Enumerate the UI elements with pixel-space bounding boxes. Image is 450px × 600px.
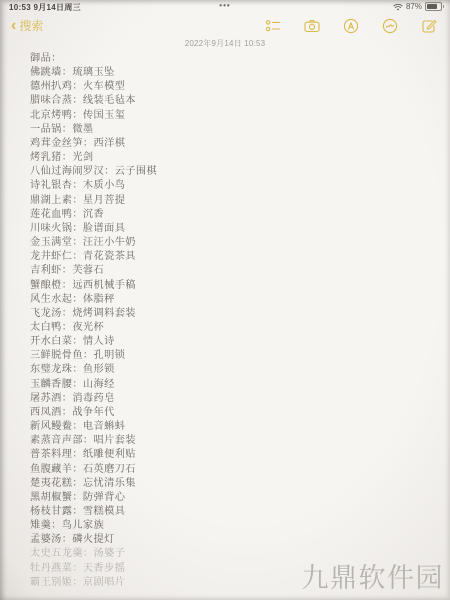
note-line: 鸡茸金丝笋：西洋棋 [30, 137, 430, 151]
note-line: 御品： [30, 52, 430, 66]
note-line: 诗礼银杏：木质小鸟 [30, 179, 430, 193]
battery-percent: 87% [406, 2, 422, 11]
checklist-icon[interactable] [265, 18, 281, 34]
multitask-dots-icon: ••• [0, 1, 450, 10]
note-line: 太白鸭：夜光杯 [30, 321, 430, 335]
note-line: 杨枝甘露：雪糕模具 [30, 505, 430, 519]
note-line: 金玉满堂：汪汪小牛奶 [30, 236, 430, 250]
note-line: 腊味合蒸：线装毛毡本 [30, 94, 430, 108]
note-timestamp: 2022年9月14日 10:53 [0, 38, 450, 49]
compose-icon[interactable] [421, 18, 437, 34]
toolbar-icons [265, 18, 437, 34]
note-line: 德州扒鸡：火车模型 [30, 80, 430, 94]
back-button-label: 搜索 [19, 17, 43, 34]
chevron-left-icon: ‹ [11, 21, 16, 31]
note-line: 素蒸音声部：唱片套装 [30, 434, 430, 448]
note-line: 北京烤鸭：传国玉玺 [30, 109, 430, 123]
note-content[interactable]: 御品：佛跳墙：琉璃玉坠德州扒鸡：火车模型腊味合蒸：线装毛毡本北京烤鸭：传国玉玺一… [30, 52, 430, 590]
note-line: 普茶料理：纸雕便利贴 [30, 448, 430, 462]
note-line: 孟婆汤：磷火提灯 [30, 533, 430, 547]
back-button[interactable]: ‹ 搜索 [11, 17, 43, 34]
note-line: 鱼腹藏羊：石英磨刀石 [30, 463, 430, 477]
note-line: 飞龙汤：烧烤调料套装 [30, 307, 430, 321]
camera-icon[interactable] [304, 18, 320, 34]
note-line: 吉利虾：芙蓉石 [30, 264, 430, 278]
watermark: 九鼎软件园 [302, 556, 445, 595]
note-line: 烤乳猪：光剑 [30, 151, 430, 165]
note-line: 风生水起：体脂秤 [30, 293, 430, 307]
note-line: 雉羹：鸟儿家族 [30, 519, 430, 533]
nav-bar: ‹ 搜索 [0, 16, 450, 36]
note-line: 八仙过海闹罗汉：云子围棋 [30, 165, 430, 179]
note-line: 新风鳗鲞：电音蝌蚪 [30, 420, 430, 434]
notes-app-screen: 10:53 9月14日周三 ••• 87% ‹ 搜索 [0, 0, 450, 600]
note-line: 佛跳墙：琉璃玉坠 [30, 66, 430, 80]
note-line: 龙井虾仁：青花瓷茶具 [30, 250, 430, 264]
scribble-icon[interactable] [382, 18, 398, 34]
note-line: 屠苏酒：消毒药皂 [30, 392, 430, 406]
note-line: 莲花血鸭：沉香 [30, 208, 430, 222]
status-right-cluster: 87% [393, 2, 442, 11]
note-line: 东璧龙珠：鱼形锁 [30, 363, 430, 377]
note-line: 黑胡椒蟹：防弹背心 [30, 491, 430, 505]
status-bar: 10:53 9月14日周三 ••• 87% [0, 2, 450, 14]
battery-icon [425, 2, 442, 11]
note-line: 西凤酒：战争年代 [30, 406, 430, 420]
note-line: 一品锅：微墨 [30, 123, 430, 137]
note-line: 三鲜脱骨鱼：孔明锁 [30, 349, 430, 363]
note-line: 楚夷花糕：忘忧清乐集 [30, 477, 430, 491]
note-line: 蟹酿橙：远西机械手稿 [30, 279, 430, 293]
note-line: 玉麟香腰：山海经 [30, 378, 430, 392]
note-line: 川味火锅：脸谱面具 [30, 222, 430, 236]
note-line: 鼎湖上素：星月菩提 [30, 194, 430, 208]
markup-a-icon[interactable] [343, 18, 359, 34]
note-line: 开水白菜：情人诗 [30, 335, 430, 349]
wifi-icon [393, 3, 403, 11]
